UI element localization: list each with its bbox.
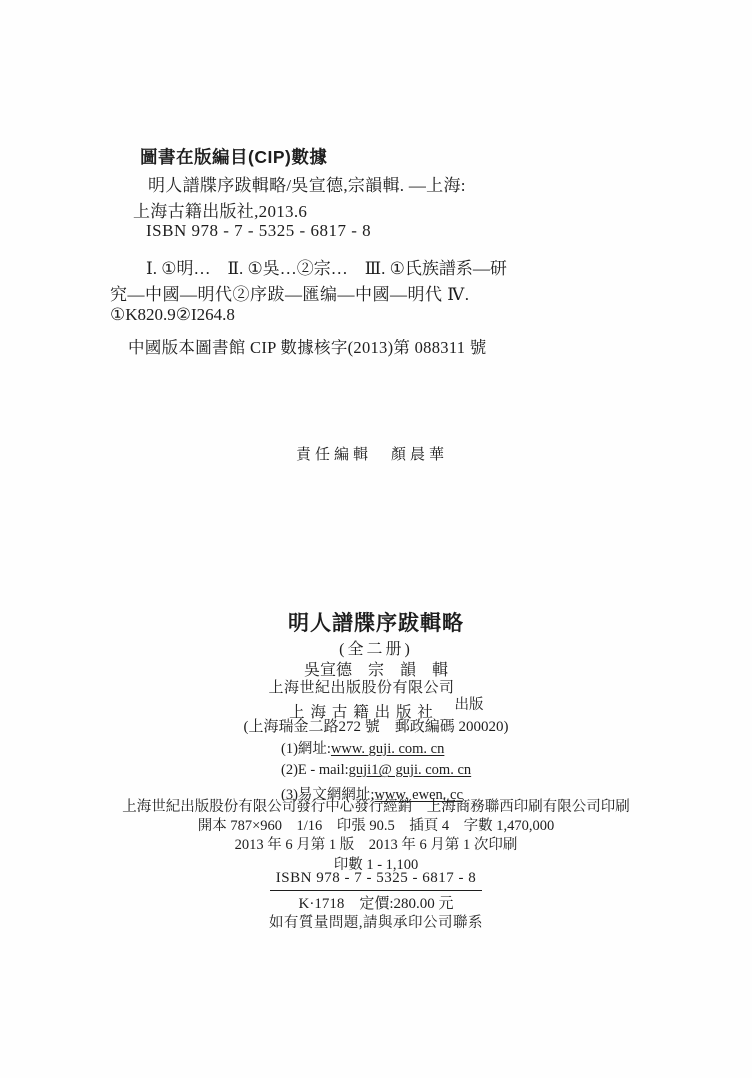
book-title: 明人譜牒序跋輯略: [0, 607, 752, 637]
price-line: K·1718 定價:280.00 元: [0, 892, 752, 913]
isbn-line: ISBN 978 - 7 - 5325 - 6817 - 8: [0, 870, 752, 891]
cip-classification-line2: 究—中國—明代②序跋—匯编—中國—明代 Ⅳ.: [110, 280, 469, 305]
distribution-printer-line: 上海世紀出版股份有限公司發行中心發行經銷 上海商務聯西印刷有限公司印刷: [0, 795, 752, 816]
book-copyright-page: 圖書在版編目(CIP)數據 明人譜牒序跋輯略/吳宣德,宗韻輯. —上海: 上海古…: [0, 0, 752, 1078]
contact-email-label: (2)E - mail:: [281, 762, 349, 778]
cip-heading: 圖書在版編目(CIP)數據: [140, 144, 327, 169]
contact-email: (2)E - mail:guji1@ guji. com. cn: [281, 762, 471, 779]
format-specs-line: 開本 787×960 1/16 印張 90.5 插頁 4 字數 1,470,00…: [0, 814, 752, 835]
cip-isbn: ISBN 978 - 7 - 5325 - 6817 - 8: [146, 221, 371, 241]
responsible-editor-line: 責任編輯 顏晨華: [296, 443, 448, 464]
publisher-group-name: 上海世紀出版股份有限公司: [268, 676, 454, 697]
contact-website-label: (1)網址:: [281, 741, 331, 757]
quality-notice: 如有質量問題,請與承印公司聯系: [0, 911, 752, 932]
volume-note: (全二册): [0, 636, 752, 659]
contact-website: (1)網址:www. guji. com. cn: [281, 737, 471, 758]
publisher-address: (上海瑞金二路272 號 郵政編碼 200020): [0, 715, 752, 736]
contact-website-url: www. guji. com. cn: [331, 741, 444, 757]
cip-registry-number: 中國版本圖書館 CIP 數據核字(2013)第 088311 號: [128, 334, 487, 358]
cip-classification-line1: Ⅰ. ①明… Ⅱ. ①吳…②宗… Ⅲ. ①氏族譜系—研: [146, 254, 507, 279]
publish-label: 出版: [455, 693, 484, 714]
cip-description-line1: 明人譜牒序跋輯略/吳宣德,宗韻輯. —上海:: [148, 171, 466, 196]
edition-printing-line: 2013 年 6 月第 1 版 2013 年 6 月第 1 次印刷: [0, 833, 752, 854]
cip-description-line2: 上海古籍出版社,2013.6: [133, 197, 307, 222]
isbn-text: ISBN 978 - 7 - 5325 - 6817 - 8: [270, 870, 482, 891]
cip-classification-line3: ①K820.9②I264.8: [110, 305, 235, 325]
contact-email-address: guji1@ guji. com. cn: [349, 762, 472, 778]
